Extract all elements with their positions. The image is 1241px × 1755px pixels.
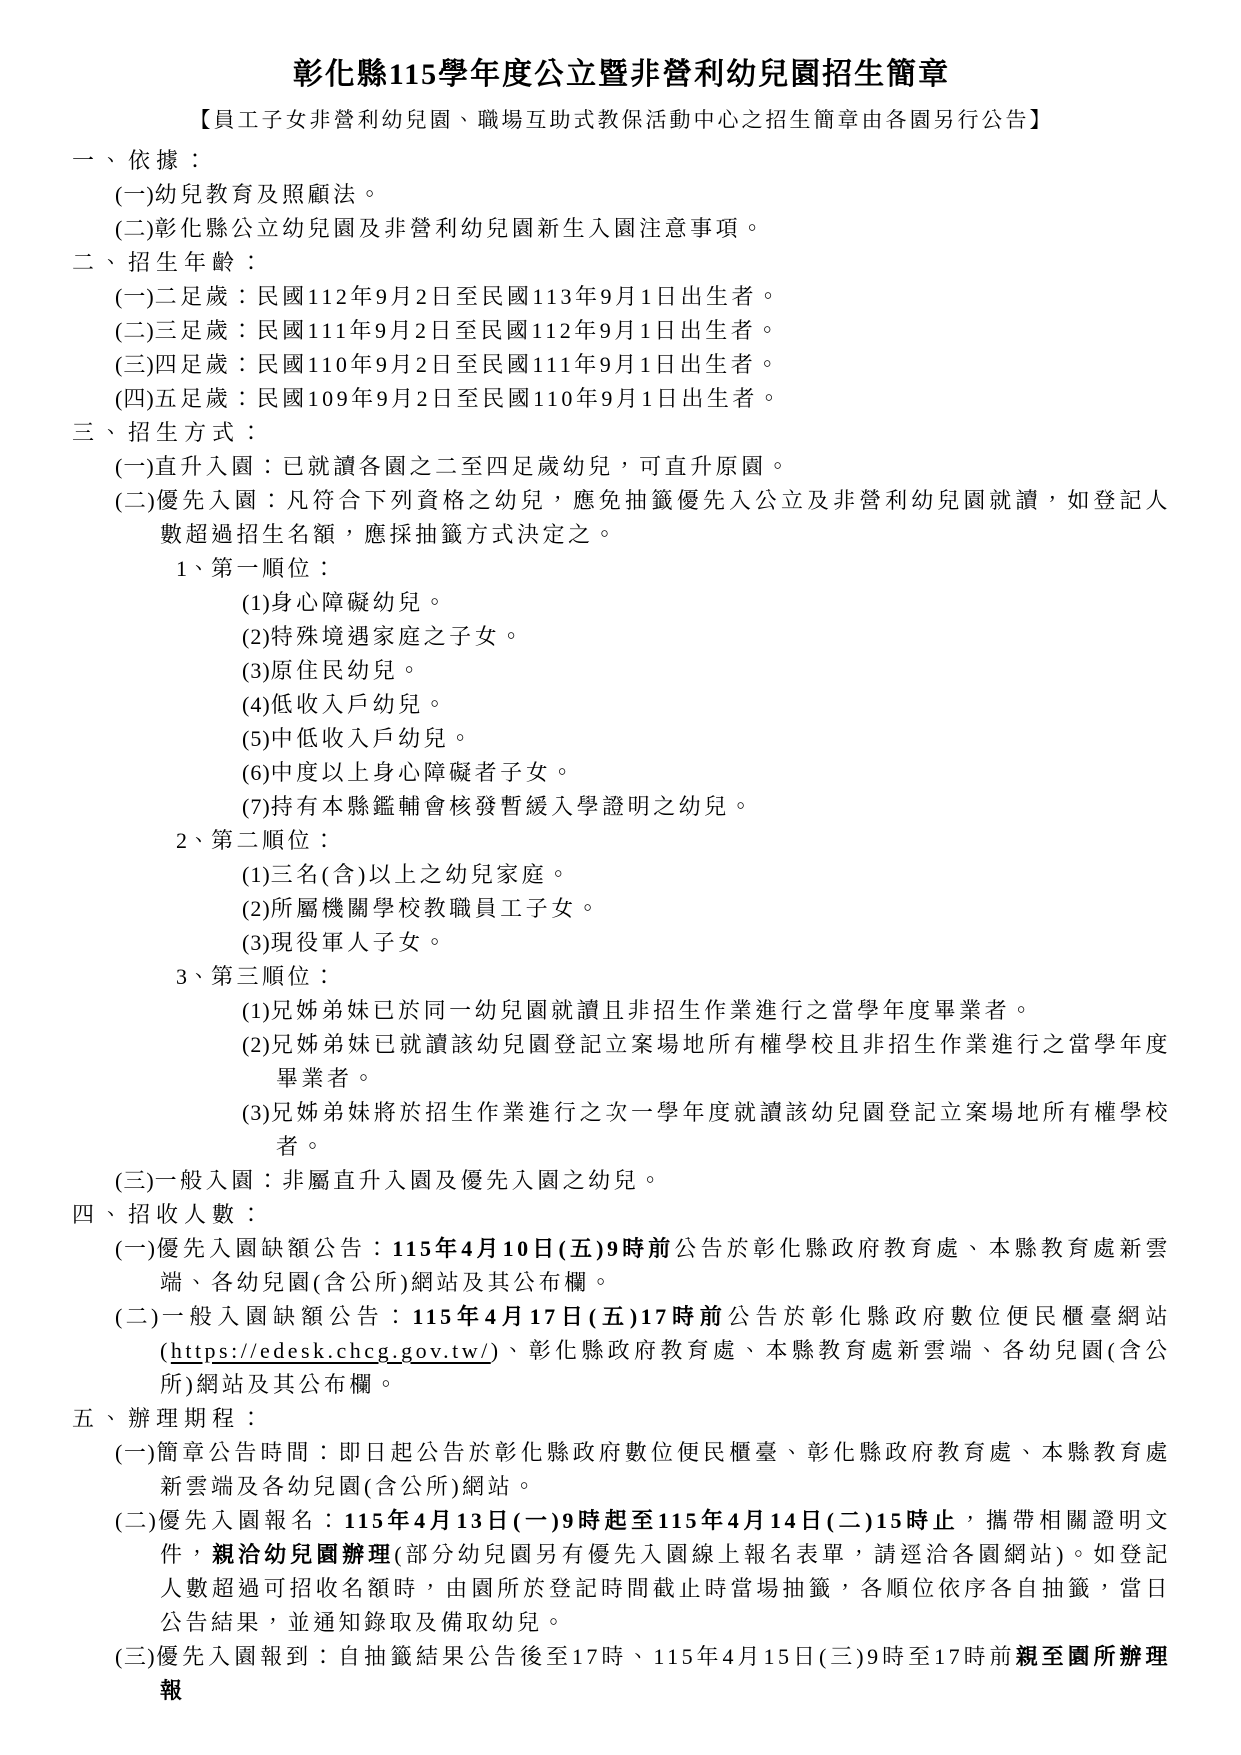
list-item: (四)五足歲：民國109年9月2日至民國110年9月1日出生者。 <box>72 382 1171 416</box>
text-run: 兄姊弟妹已就讀該幼兒園登記立案場地所有權學校且非招生作業進行之當學年度畢業者。 <box>271 1032 1171 1091</box>
list-item: (三)一般入園：非屬直升入園及優先入園之幼兒。 <box>72 1164 1171 1198</box>
section-heading-quota: 四、招收人數： <box>72 1198 1171 1232</box>
list-item: (2)特殊境遇家庭之子女。 <box>72 620 1171 654</box>
text-run: 優先入園報名： <box>157 1508 344 1533</box>
text-run: 第三順位： <box>211 964 339 989</box>
text-run: 身心障礙幼兒。 <box>271 590 450 615</box>
item-label: (二) <box>115 318 155 343</box>
list-item: 3、第三順位： <box>72 960 1171 994</box>
list-item: (一)優先入園缺額公告：115年4月10日(五)9時前公告於彰化縣政府教育處、本… <box>72 1232 1171 1300</box>
text-run: 持有本縣鑑輔會核發暫緩入學證明之幼兒。 <box>271 794 756 819</box>
list-item: (一)直升入園：已就讀各園之二至四足歲幼兒，可直升原園。 <box>72 450 1171 484</box>
text-run: 第一順位： <box>211 556 339 581</box>
text-run: 中低收入戶幼兒。 <box>271 726 475 751</box>
item-label: (一) <box>115 454 155 479</box>
item-label: (二) <box>115 216 155 241</box>
text-run: 低收入戶幼兒。 <box>271 692 450 717</box>
list-item: (1)三名(含)以上之幼兒家庭。 <box>72 858 1171 892</box>
item-label: 1、 <box>176 556 211 581</box>
item-label: (1) <box>242 590 271 615</box>
text-run: 現役軍人子女。 <box>271 930 450 955</box>
edesk-link[interactable]: https://edesk.chcg.gov.tw/ <box>171 1338 491 1363</box>
section-heading-age: 二、招生年齡： <box>72 246 1171 280</box>
list-item: (一)二足歲：民國112年9月2日至民國113年9月1日出生者。 <box>72 280 1171 314</box>
item-label: (二) <box>115 488 156 513</box>
text-run: 直升入園：已就讀各園之二至四足歲幼兒，可直升原園。 <box>155 454 793 479</box>
list-item: (二)優先入園報名：115年4月13日(一)9時起至115年4月14日(二)15… <box>72 1504 1171 1640</box>
text-run: 一般入園：非屬直升入園及優先入園之幼兒。 <box>155 1168 665 1193</box>
section-heading-schedule: 五、辦理期程： <box>72 1402 1171 1436</box>
text-run: 兄姊弟妹將於招生作業進行之次一學年度就讀該幼兒園登記立案場地所有權學校者。 <box>271 1100 1171 1159</box>
item-label: (一) <box>115 182 155 207</box>
list-item: (7)持有本縣鑑輔會核發暫緩入學證明之幼兒。 <box>72 790 1171 824</box>
list-item: (2)兄姊弟妹已就讀該幼兒園登記立案場地所有權學校且非招生作業進行之當學年度畢業… <box>72 1028 1171 1096</box>
text-run: 115年4月13日(一)9時起至115年4月14日(二)15時止 <box>344 1508 959 1533</box>
item-label: (3) <box>242 930 271 955</box>
text-run: 優先入園缺額公告： <box>156 1236 392 1261</box>
text-run: 第二順位： <box>211 828 339 853</box>
item-label: (一) <box>115 284 155 309</box>
list-item: (三)四足歲：民國110年9月2日至民國111年9月1日出生者。 <box>72 348 1171 382</box>
text-run: 三足歲：民國111年9月2日至民國112年9月1日出生者。 <box>155 318 782 343</box>
text-run: 所屬機關學校教職員工子女。 <box>271 896 603 921</box>
text-run: 三名(含)以上之幼兒家庭。 <box>271 862 573 887</box>
text-run: 簡章公告時間：即日起公告於彰化縣政府數位便民櫃臺、彰化縣政府教育處、本縣教育處新… <box>156 1440 1171 1499</box>
text-run: 兄姊弟妹已於同一幼兒園就讀且非招生作業進行之當學年度畢業者。 <box>271 998 1036 1023</box>
item-label: (3) <box>242 658 271 683</box>
item-label: (二) <box>115 1508 157 1533</box>
list-item: (1)兄姊弟妹已於同一幼兒園就讀且非招生作業進行之當學年度畢業者。 <box>72 994 1171 1028</box>
item-label: (2) <box>242 896 271 921</box>
item-label: (7) <box>242 794 271 819</box>
list-item: (1)身心障礙幼兒。 <box>72 586 1171 620</box>
list-item: (3)原住民幼兒。 <box>72 654 1171 688</box>
item-label: (一) <box>115 1236 156 1261</box>
list-item: (5)中低收入戶幼兒。 <box>72 722 1171 756</box>
text-run: 中度以上身心障礙者子女。 <box>271 760 577 785</box>
document-page: 彰化縣115學年度公立暨非營利幼兒園招生簡章 【員工子女非營利幼兒園、職場互助式… <box>0 0 1241 1755</box>
section-heading-method: 三、招生方式： <box>72 416 1171 450</box>
list-item: (一)簡章公告時間：即日起公告於彰化縣政府數位便民櫃臺、彰化縣政府教育處、本縣教… <box>72 1436 1171 1504</box>
item-label: (三) <box>115 352 155 377</box>
item-label: (三) <box>115 1168 155 1193</box>
text-run: 原住民幼兒。 <box>271 658 424 683</box>
list-item: 1、第一順位： <box>72 552 1171 586</box>
doc-body: 一、依據：(一)幼兒教育及照顧法。(二)彰化縣公立幼兒園及非營利幼兒園新生入園注… <box>72 144 1171 1708</box>
text-run: 二足歲：民國112年9月2日至民國113年9月1日出生者。 <box>155 284 783 309</box>
item-label: (5) <box>242 726 271 751</box>
doc-subtitle: 【員工子女非營利幼兒園、職場互助式教保活動中心之招生簡章由各園另行公告】 <box>72 98 1171 142</box>
item-label: (2) <box>242 624 271 649</box>
list-item: (3)兄姊弟妹將於招生作業進行之次一學年度就讀該幼兒園登記立案場地所有權學校者。 <box>72 1096 1171 1164</box>
item-label: (三) <box>115 1644 156 1669</box>
item-label: 3、 <box>176 964 211 989</box>
item-label: (二) <box>115 1304 159 1329</box>
text-run: 優先入園報到：自抽籤結果公告後至17時、115年4月15日(三)9時至17時前 <box>156 1644 1016 1669</box>
text-run: 優先入園：凡符合下列資格之幼兒，應免抽籤優先入公立及非營利幼兒園就讀，如登記人數… <box>156 488 1171 547</box>
item-label: (4) <box>242 692 271 717</box>
text-run: 115年4月17日(五)17時前 <box>412 1304 727 1329</box>
list-item: (2)所屬機關學校教職員工子女。 <box>72 892 1171 926</box>
list-item: (二)彰化縣公立幼兒園及非營利幼兒園新生入園注意事項。 <box>72 212 1171 246</box>
item-label: (6) <box>242 760 271 785</box>
list-item: (二)一般入園缺額公告：115年4月17日(五)17時前公告於彰化縣政府數位便民… <box>72 1300 1171 1402</box>
text-run: 特殊境遇家庭之子女。 <box>271 624 526 649</box>
item-label: (1) <box>242 862 271 887</box>
text-run: 幼兒教育及照顧法。 <box>155 182 385 207</box>
list-item: (6)中度以上身心障礙者子女。 <box>72 756 1171 790</box>
item-label: (一) <box>115 1440 156 1465</box>
list-item: (二)優先入園：凡符合下列資格之幼兒，應免抽籤優先入公立及非營利幼兒園就讀，如登… <box>72 484 1171 552</box>
doc-title: 彰化縣115學年度公立暨非營利幼兒園招生簡章 <box>72 52 1171 98</box>
item-label: (四) <box>115 386 155 411</box>
text-run: 彰化縣公立幼兒園及非營利幼兒園新生入園注意事項。 <box>155 216 767 241</box>
item-label: (2) <box>242 1032 271 1057</box>
section-heading-basis: 一、依據： <box>72 144 1171 178</box>
text-run: 四足歲：民國110年9月2日至民國111年9月1日出生者。 <box>155 352 782 377</box>
item-label: (1) <box>242 998 271 1023</box>
list-item: (4)低收入戶幼兒。 <box>72 688 1171 722</box>
text-run: 115年4月10日(五)9時前 <box>392 1236 674 1261</box>
text-run: 五足歲：民國109年9月2日至民國110年9月1日出生者。 <box>155 386 784 411</box>
list-item: (一)幼兒教育及照顧法。 <box>72 178 1171 212</box>
list-item: 2、第二順位： <box>72 824 1171 858</box>
text-run: 親洽幼兒園辦理 <box>212 1542 394 1567</box>
list-item: (二)三足歲：民國111年9月2日至民國112年9月1日出生者。 <box>72 314 1171 348</box>
list-item: (三)優先入園報到：自抽籤結果公告後至17時、115年4月15日(三)9時至17… <box>72 1640 1171 1708</box>
item-label: (3) <box>242 1100 271 1125</box>
text-run: 一般入園缺額公告： <box>159 1304 412 1329</box>
item-label: 2、 <box>176 828 211 853</box>
list-item: (3)現役軍人子女。 <box>72 926 1171 960</box>
